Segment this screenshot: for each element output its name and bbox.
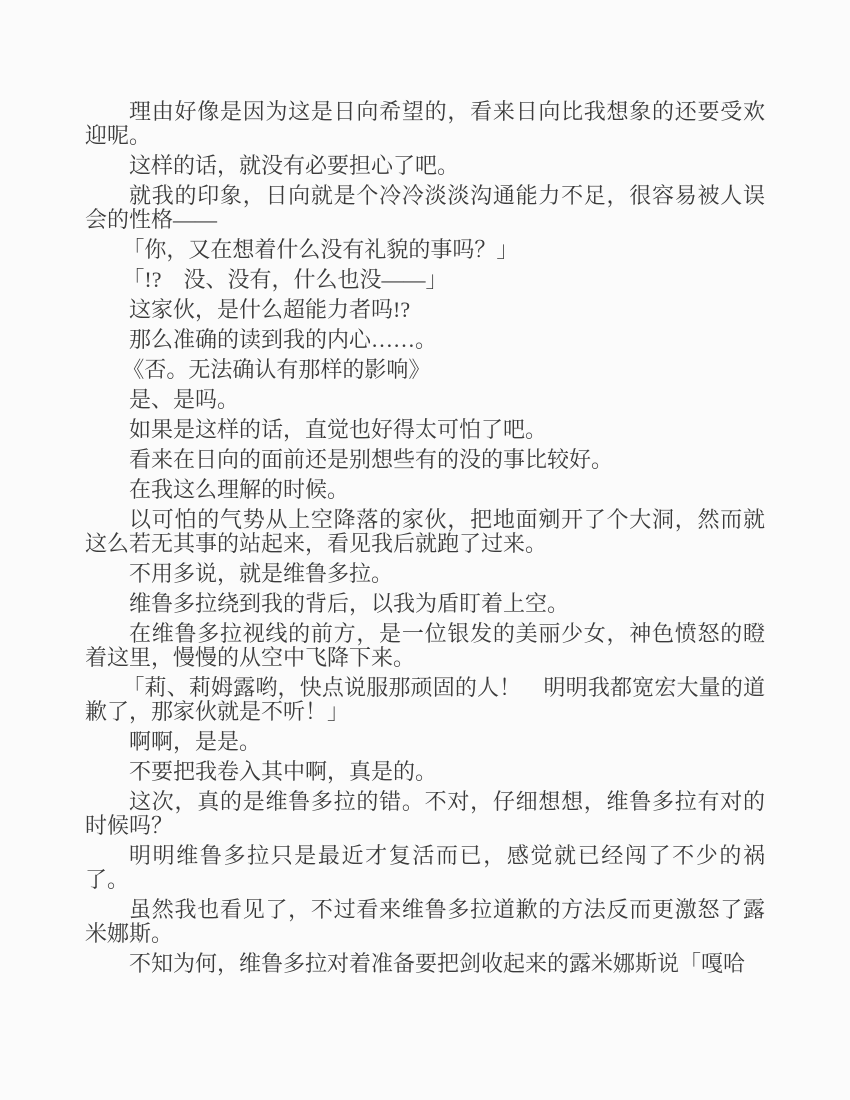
paragraph: 在我这么理解的时候。 [85,478,765,502]
paragraph: 是、是吗。 [85,388,765,412]
paragraph: 「!? 没、没有，什么也没——」 [85,268,765,292]
paragraph: 啊啊，是是。 [85,730,765,754]
paragraph: 就我的印象，日向就是个冷冷淡淡沟通能力不足，很容易被人误会的性格—— [85,184,765,232]
paragraph: 那么准确的读到我的内心……。 [85,328,765,352]
paragraph: 虽然我也看见了，不过看来维鲁多拉道歉的方法反而更激怒了露米娜斯。 [85,898,765,946]
paragraph: 不知为何，维鲁多拉对着准备要把剑收起来的露米娜斯说「嘎哈 [85,952,765,976]
paragraph: 「你，又在想着什么没有礼貌的事吗？」 [85,238,765,262]
paragraph: 不用多说，就是维鲁多拉。 [85,562,765,586]
document-page: 理由好像是因为这是日向希望的，看来日向比我想象的还要受欢迎呢。这样的话，就没有必… [0,0,850,1100]
paragraph: 看来在日向的面前还是别想些有的没的事比较好。 [85,448,765,472]
paragraph: 不要把我卷入其中啊，真是的。 [85,760,765,784]
paragraph: 维鲁多拉绕到我的背后，以我为盾盯着上空。 [85,592,765,616]
paragraph: 「莉、莉姆露哟，快点说服那顽固的人！ 明明我都宽宏大量的道歉了，那家伙就是不听！… [85,676,765,724]
paragraph: 《否。无法确认有那样的影响》 [85,358,765,382]
paragraph: 这次，真的是维鲁多拉的错。不对，仔细想想，维鲁多拉有对的时候吗？ [85,790,765,838]
paragraph: 这家伙，是什么超能力者吗!? [85,298,765,322]
paragraph: 理由好像是因为这是日向希望的，看来日向比我想象的还要受欢迎呢。 [85,100,765,148]
paragraph: 在维鲁多拉视线的前方，是一位银发的美丽少女，神色愤怒的瞪着这里，慢慢的从空中飞降… [85,622,765,670]
paragraph: 明明维鲁多拉只是最近才复活而已，感觉就已经闯了不少的祸了。 [85,844,765,892]
paragraph: 如果是这样的话，直觉也好得太可怕了吧。 [85,418,765,442]
paragraph: 这样的话，就没有必要担心了吧。 [85,154,765,178]
paragraph: 以可怕的气势从上空降落的家伙，把地面剜开了个大洞，然而就这么若无其事的站起来，看… [85,508,765,556]
